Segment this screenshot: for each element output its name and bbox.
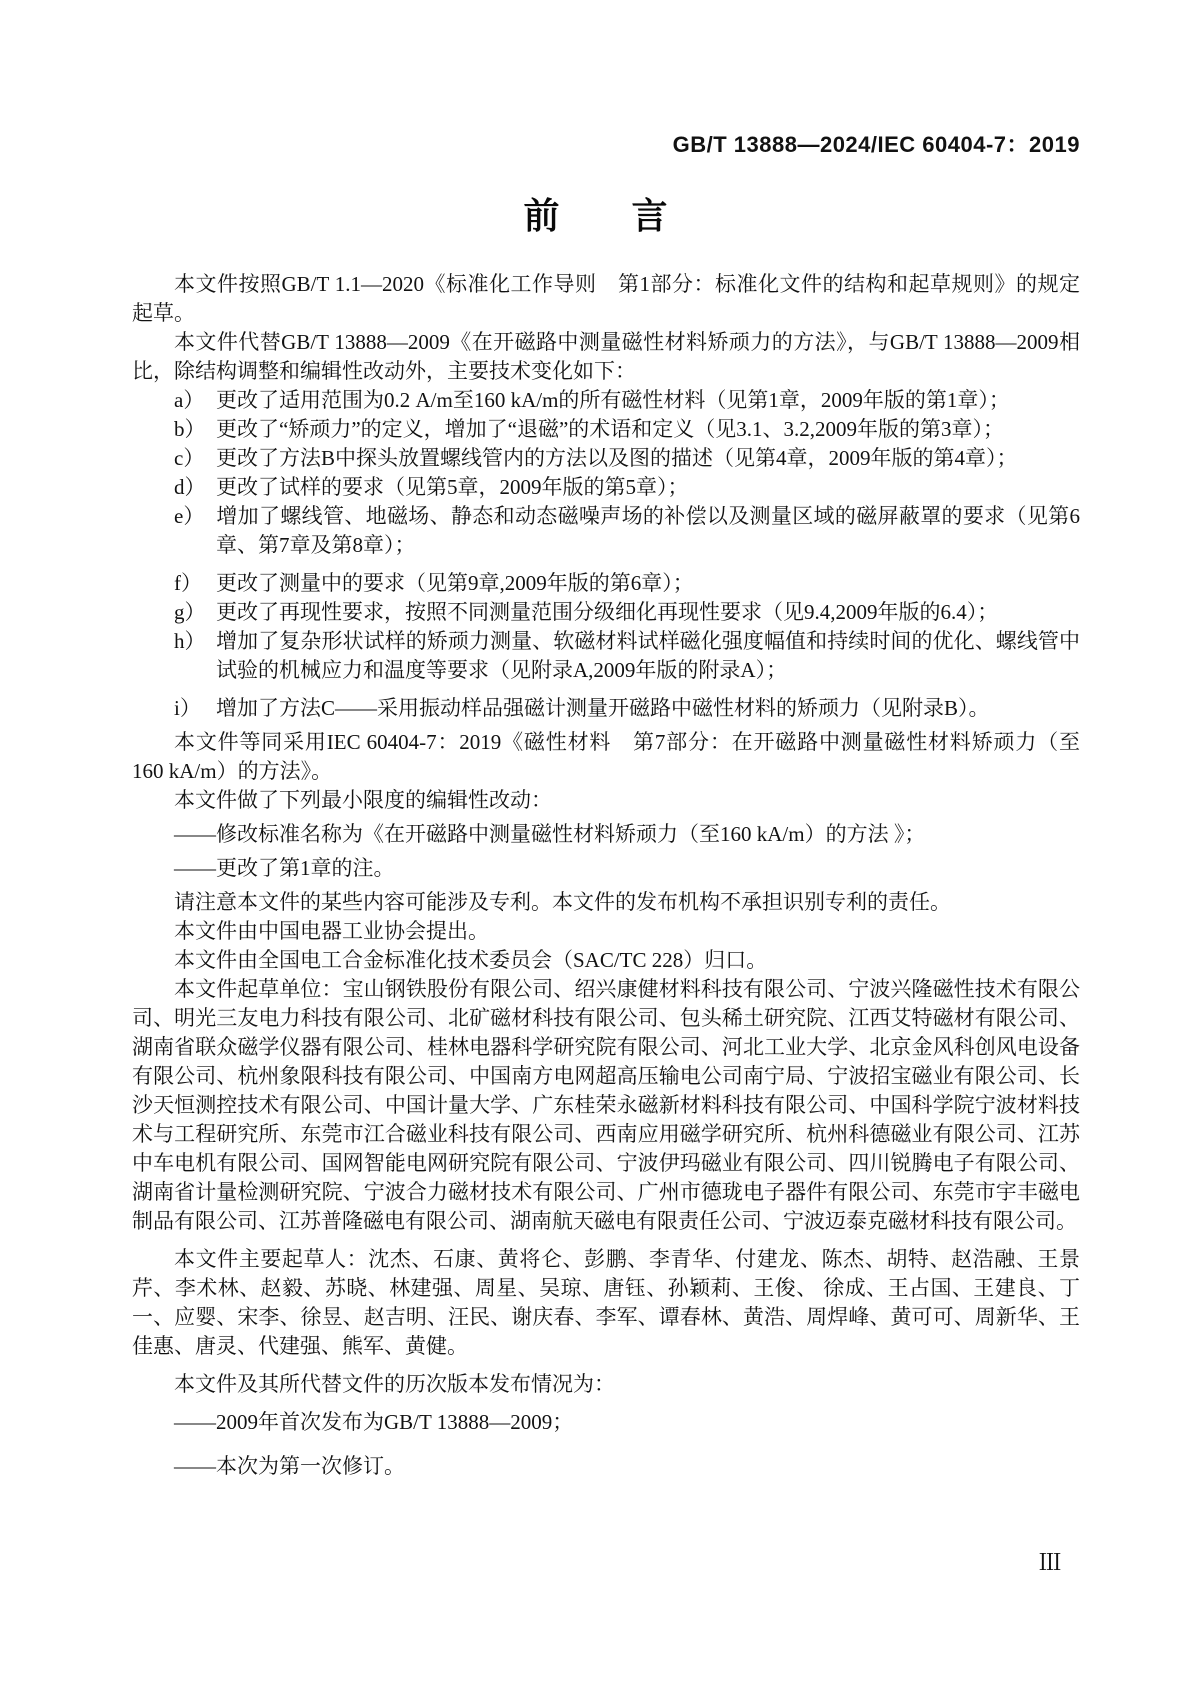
change-item-label: h） — [174, 627, 216, 656]
document-page: GB/T 13888—2024/IEC 60404-7：2019 前 言 本文件… — [0, 0, 1191, 1684]
change-item-label: c） — [174, 444, 216, 473]
change-item-text: 增加了螺线管、地磁场、静态和动态磁噪声场的补偿以及测量区域的磁屏蔽罩的要求（见第… — [216, 504, 1080, 557]
standard-number-header: GB/T 13888—2024/IEC 60404-7：2019 — [132, 128, 1080, 159]
change-item-label: i） — [174, 694, 216, 723]
page-number: Ⅲ — [1020, 1544, 1080, 1577]
change-item-text: 更改了方法B中探头放置螺线管内的方法以及图的描述（见第4章，2009年版的第4章… — [216, 446, 1018, 470]
change-item-g: g）更改了再现性要求，按照不同测量范围分级细化再现性要求（见9.4,2009年版… — [132, 598, 1080, 627]
page-title: 前 言 — [0, 188, 1191, 239]
editorial-change-item: ——修改标准名称为《在开磁路中测量磁性材料矫顽力（至160 kA/m）的方法 》… — [132, 820, 1080, 849]
paragraph-drafting-organizations: 本文件起草单位：宝山钢铁股份有限公司、绍兴康健材料科技有限公司、宁波兴隆磁性技术… — [132, 975, 1080, 1236]
change-item-label: b） — [174, 415, 216, 444]
change-item-text: 更改了测量中的要求（见第9章,2009年版的第6章）； — [216, 571, 694, 595]
change-item-b: b）更改了“矫顽力”的定义，增加了“退磁”的术语和定义（见3.1、3.2,200… — [132, 415, 1080, 444]
editorial-change-item: ——更改了第1章的注。 — [132, 854, 1080, 883]
change-item-text: 更改了再现性要求，按照不同测量范围分级细化再现性要求（见9.4,2009年版的6… — [216, 600, 998, 624]
change-item-a: a）更改了适用范围为0.2 A/m至160 kA/m的所有磁性材料（见第1章，2… — [132, 386, 1080, 415]
paragraph-adoption: 本文件等同采用IEC 60404-7：2019《磁性材料 第7部分：在开磁路中测… — [132, 728, 1080, 786]
paragraph-main-drafters: 本文件主要起草人：沈杰、石康、黄将仑、彭鹏、李青华、付建龙、陈杰、胡特、赵浩融、… — [132, 1245, 1080, 1361]
history-item: ——本次为第一次修订。 — [132, 1452, 1080, 1481]
history-item: ——2009年首次发布为GB/T 13888—2009； — [132, 1408, 1080, 1437]
change-item-text: 增加了复杂形状试样的矫顽力测量、软磁材料试样磁化强度幅值和持续时间的优化、螺线管… — [216, 629, 1080, 682]
change-item-d: d）更改了试样的要求（见第5章，2009年版的第5章）； — [132, 473, 1080, 502]
paragraph-version-history: 本文件及其所代替文件的历次版本发布情况为： — [132, 1370, 1080, 1399]
change-item-label: e） — [174, 502, 216, 531]
paragraph-committee: 本文件由全国电工合金标准化技术委员会（SAC/TC 228）归口。 — [132, 946, 1080, 975]
change-item-label: g） — [174, 598, 216, 627]
change-item-label: a） — [174, 386, 216, 415]
change-item-i: i）增加了方法C——采用振动样品强磁计测量开磁路中磁性材料的矫顽力（见附录B）。 — [132, 694, 1080, 723]
paragraph-replacement: 本文件代替GB/T 13888—2009《在开磁路中测量磁性材料矫顽力的方法》，… — [132, 328, 1080, 386]
change-item-text: 更改了试样的要求（见第5章，2009年版的第5章）； — [216, 475, 689, 499]
change-item-c: c）更改了方法B中探头放置螺线管内的方法以及图的描述（见第4章，2009年版的第… — [132, 444, 1080, 473]
change-item-text: 更改了适用范围为0.2 A/m至160 kA/m的所有磁性材料（见第1章，200… — [216, 388, 1010, 412]
change-item-label: f） — [174, 569, 216, 598]
foreword-body: 本文件按照GB/T 1.1—2020《标准化工作导则 第1部分：标准化文件的结构… — [132, 270, 1080, 1481]
change-item-label: d） — [174, 473, 216, 502]
change-item-h: h）增加了复杂形状试样的矫顽力测量、软磁材料试样磁化强度幅值和持续时间的优化、螺… — [132, 627, 1080, 685]
change-item-text: 更改了“矫顽力”的定义，增加了“退磁”的术语和定义（见3.1、3.2,2009年… — [216, 417, 1004, 441]
change-item-f: f）更改了测量中的要求（见第9章,2009年版的第6章）； — [132, 569, 1080, 598]
paragraph-patent-notice: 请注意本文件的某些内容可能涉及专利。本文件的发布机构不承担识别专利的责任。 — [132, 888, 1080, 917]
paragraph-basis: 本文件按照GB/T 1.1—2020《标准化工作导则 第1部分：标准化文件的结构… — [132, 270, 1080, 328]
change-item-e: e）增加了螺线管、地磁场、静态和动态磁噪声场的补偿以及测量区域的磁屏蔽罩的要求（… — [132, 502, 1080, 560]
paragraph-editorial: 本文件做了下列最小限度的编辑性改动： — [132, 786, 1080, 815]
paragraph-proposer: 本文件由中国电器工业协会提出。 — [132, 917, 1080, 946]
change-item-text: 增加了方法C——采用振动样品强磁计测量开磁路中磁性材料的矫顽力（见附录B）。 — [216, 696, 990, 720]
